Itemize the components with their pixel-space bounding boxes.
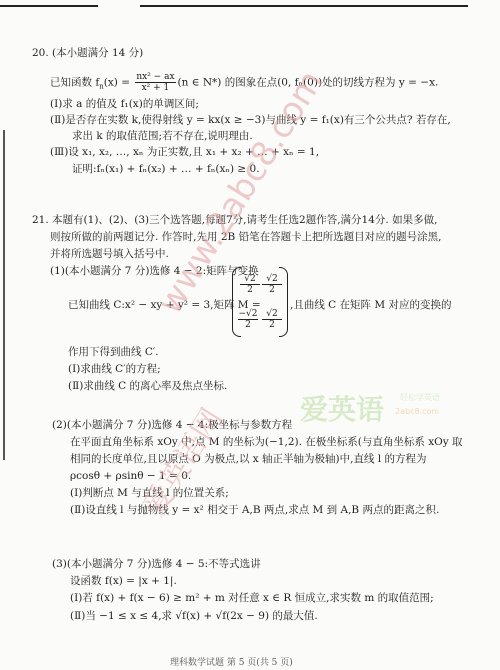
top-rule-right (140, 5, 468, 7)
q21-s1-part2: (Ⅱ)求曲线 C 的离心率及焦点坐标. (68, 379, 227, 393)
q21-s3-part2: (Ⅱ)当 −1 ≤ x ≤ 4,求 √f(x) + √f(2x − 9) 的最大… (70, 609, 318, 623)
q20-part1: (Ⅰ)求 a 的值及 f₁(x)的单调区间; (50, 97, 199, 111)
q20-stem: 已知函数 fn(x) = nx² − axx² + 1(n ∈ N*) 的图象在… (50, 72, 438, 94)
q20-stem-post: (n ∈ N*) 的图象在点(0, fₙ(0))处的切线方程为 y = −x. (178, 77, 439, 89)
q21-s1-header: (1)(本小题满分 7 分)选修 4 − 2:矩阵与变换 (50, 264, 259, 278)
matrix-m: √22 √22 −√22 √22 (232, 267, 288, 337)
q21-s2-part1: (Ⅰ)判断点 M 与直线 l 的位置关系; (70, 486, 229, 500)
q21-intro2: 则按所做的前两题记分. 作答时,先用 2B 铅笔在答题卡上把所选题目对应的题号涂… (50, 230, 441, 244)
q20-frac-num: nx² − ax (135, 72, 175, 83)
q20-stem-pre: 已知函数 f (50, 77, 99, 89)
matrix-cell-12: √22 (262, 274, 282, 295)
page-footer: 理科数学试题 第 5 页(共 5 页) (170, 655, 293, 668)
q20-part2b: 求出 k 的取值范围;若不存在,说明理由. (72, 129, 253, 143)
logo-watermark-sub: 轻松学英语 (400, 392, 440, 403)
matrix-cell-21: −√22 (238, 309, 258, 330)
q20-stem-mid: (x) = (104, 77, 130, 89)
q21-s1-stem-post: ,且曲线 C 在矩阵 M 对应的变换的 (290, 298, 451, 312)
q20-header: 20. (本小题满分 14 分) (32, 46, 143, 60)
q21-s1-stem-cont: 作用下得到曲线 C′. (68, 345, 159, 359)
q20-part3b: 证明:fₙ(x₁) + fₙ(x₂) + … + fₙ(xₙ) ≥ 0. (72, 162, 260, 176)
q21-s2-part2: (Ⅱ)设直线 l 与抛物线 y = x² 相交于 A,B 两点,求点 M 到 A… (70, 503, 439, 517)
q21-s2-line3: ρcosθ + ρsinθ − 1 = 0. (70, 469, 191, 483)
q20-part3a: (Ⅲ)设 x₁, x₂, …, xₙ 为正实数,且 x₁ + x₂ + … + … (50, 145, 319, 159)
top-rule-left (0, 5, 98, 7)
q21-intro1: 21. 本题有(1)、(2)、(3)三个选答题,每题7分,请考生任选2题作答,满… (32, 213, 437, 227)
q21-s1-part1: (Ⅰ)求曲线 C′的方程; (68, 362, 161, 376)
logo-watermark-url: 2abc8.com (395, 407, 439, 416)
matrix-cell-11: √22 (240, 274, 260, 295)
q21-s3-header: (3)(本小题满分 7 分)选修 4 − 5:不等式选讲 (52, 557, 261, 571)
q20-frac-den: x² + 1 (135, 83, 175, 93)
q21-s2-line2: 相同的长度单位,且以原点 O 为极点,以 x 轴正半轴为极轴)中,直线 l 的方… (70, 452, 427, 466)
q21-intro3: 并将所选题号填入括号中. (50, 247, 169, 261)
q20-part2a: (Ⅱ)是否存在实数 k,使得射线 y = kx(x ≥ −3)与曲线 y = f… (50, 113, 451, 127)
matrix-cell-22: √22 (262, 309, 282, 330)
q20-fraction: nx² − axx² + 1 (135, 72, 175, 93)
q21-s3-part1: (Ⅰ)若 f(x) + f(x − 6) ≥ m² + m 对任意 x ∈ R … (70, 591, 434, 605)
scan-edge (3, 130, 5, 460)
logo-watermark: 爱英语 (300, 388, 384, 428)
q21-s2-line1: 在平面直角坐标系 xOy 中,点 M 的坐标为(−1,2). 在极坐标系(与直角… (70, 435, 463, 449)
q21-s3-line1: 设函数 f(x) = |x + 1|. (70, 574, 177, 588)
q21-s2-header: (2)(本小题满分 7 分)选修 4 − 4:极坐标与参数方程 (52, 418, 292, 432)
